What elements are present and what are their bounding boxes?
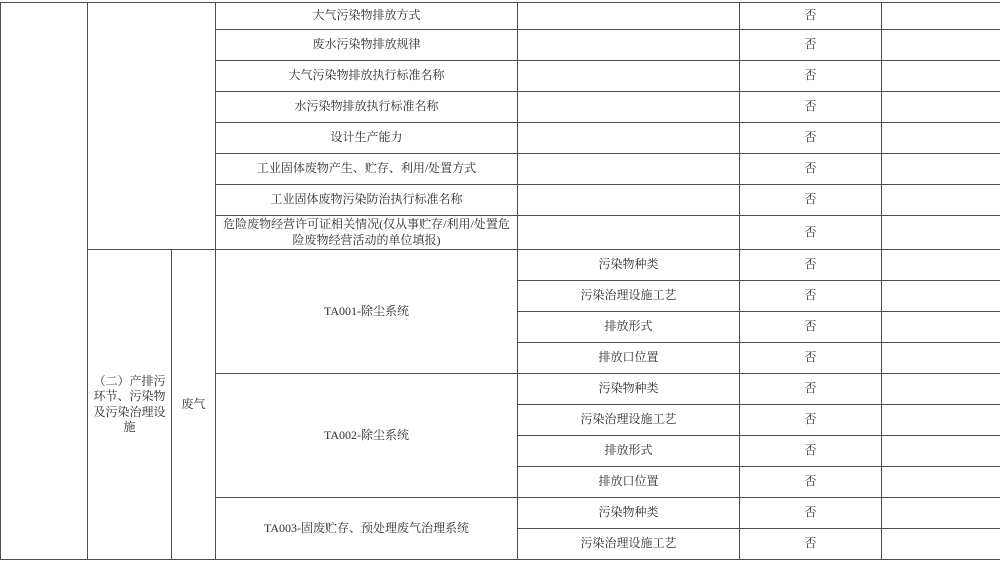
status-cell: 否 (740, 250, 882, 281)
status-cell: 否 (740, 185, 882, 216)
remark-cell (882, 436, 1000, 467)
subitem-label: 排放口位置 (518, 467, 740, 498)
status-cell: 否 (740, 30, 882, 61)
value-cell (518, 30, 740, 61)
remark-cell (882, 467, 1000, 498)
status-cell: 否 (740, 498, 882, 529)
section2-category-label: （二）产排污环节、污染物及污染治理设施 (88, 250, 172, 560)
status-cell: 否 (740, 312, 882, 343)
system-label: TA001-除尘系统 (216, 250, 518, 374)
value-cell (518, 61, 740, 92)
remark-cell (882, 154, 1000, 185)
remark-cell (882, 123, 1000, 154)
item-label: 废水污染物排放规律 (216, 30, 518, 61)
item-label: 危险废物经营许可证相关情况(仅从事贮存/利用/处置危险废物经营活动的单位填报) (216, 216, 518, 250)
item-label: 大气污染物排放方式 (216, 3, 518, 30)
remark-cell (882, 405, 1000, 436)
remark-cell (882, 343, 1000, 374)
subitem-label: 污染物种类 (518, 250, 740, 281)
value-cell (518, 92, 740, 123)
status-cell: 否 (740, 374, 882, 405)
remark-cell (882, 185, 1000, 216)
status-cell: 否 (740, 467, 882, 498)
value-cell (518, 3, 740, 30)
status-cell: 否 (740, 154, 882, 185)
status-cell: 否 (740, 216, 882, 250)
subitem-label: 污染物种类 (518, 374, 740, 405)
remark-cell (882, 61, 1000, 92)
subitem-label: 污染治理设施工艺 (518, 281, 740, 312)
subitem-label: 排放形式 (518, 436, 740, 467)
subitem-label: 污染治理设施工艺 (518, 529, 740, 560)
system-label: TA003-固废贮存、预处理废气治理系统 (216, 498, 518, 560)
table-row: 大气污染物排放方式 否 (1, 3, 1000, 30)
subitem-label: 排放形式 (518, 312, 740, 343)
status-cell: 否 (740, 92, 882, 123)
remark-cell (882, 498, 1000, 529)
section1-category-cell (88, 3, 216, 250)
system-label: TA002-除尘系统 (216, 374, 518, 498)
status-cell: 否 (740, 405, 882, 436)
item-label: 大气污染物排放执行标准名称 (216, 61, 518, 92)
remark-cell (882, 92, 1000, 123)
status-cell: 否 (740, 123, 882, 154)
left-margin-cell (1, 3, 88, 560)
remark-cell (882, 529, 1000, 560)
remark-cell (882, 312, 1000, 343)
subitem-label: 污染治理设施工艺 (518, 405, 740, 436)
permit-info-table: 大气污染物排放方式 否 废水污染物排放规律 否 大气污染物排放执行标准名称 否 … (0, 2, 1000, 560)
pollutant-type-label: 废气 (172, 250, 216, 560)
subitem-label: 污染物种类 (518, 498, 740, 529)
value-cell (518, 216, 740, 250)
status-cell: 否 (740, 61, 882, 92)
table-row: （二）产排污环节、污染物及污染治理设施 废气 TA001-除尘系统 污染物种类 … (1, 250, 1000, 281)
item-label: 工业固体废物产生、贮存、利用/处置方式 (216, 154, 518, 185)
item-label: 工业固体废物污染防治执行标准名称 (216, 185, 518, 216)
item-label: 水污染物排放执行标准名称 (216, 92, 518, 123)
remark-cell (882, 3, 1000, 30)
value-cell (518, 123, 740, 154)
document-sheet: 大气污染物排放方式 否 废水污染物排放规律 否 大气污染物排放执行标准名称 否 … (0, 0, 1000, 561)
remark-cell (882, 374, 1000, 405)
remark-cell (882, 281, 1000, 312)
status-cell: 否 (740, 343, 882, 374)
remark-cell (882, 250, 1000, 281)
status-cell: 否 (740, 436, 882, 467)
subitem-label: 排放口位置 (518, 343, 740, 374)
item-label: 设计生产能力 (216, 123, 518, 154)
status-cell: 否 (740, 281, 882, 312)
remark-cell (882, 30, 1000, 61)
value-cell (518, 185, 740, 216)
value-cell (518, 154, 740, 185)
status-cell: 否 (740, 529, 882, 560)
status-cell: 否 (740, 3, 882, 30)
remark-cell (882, 216, 1000, 250)
